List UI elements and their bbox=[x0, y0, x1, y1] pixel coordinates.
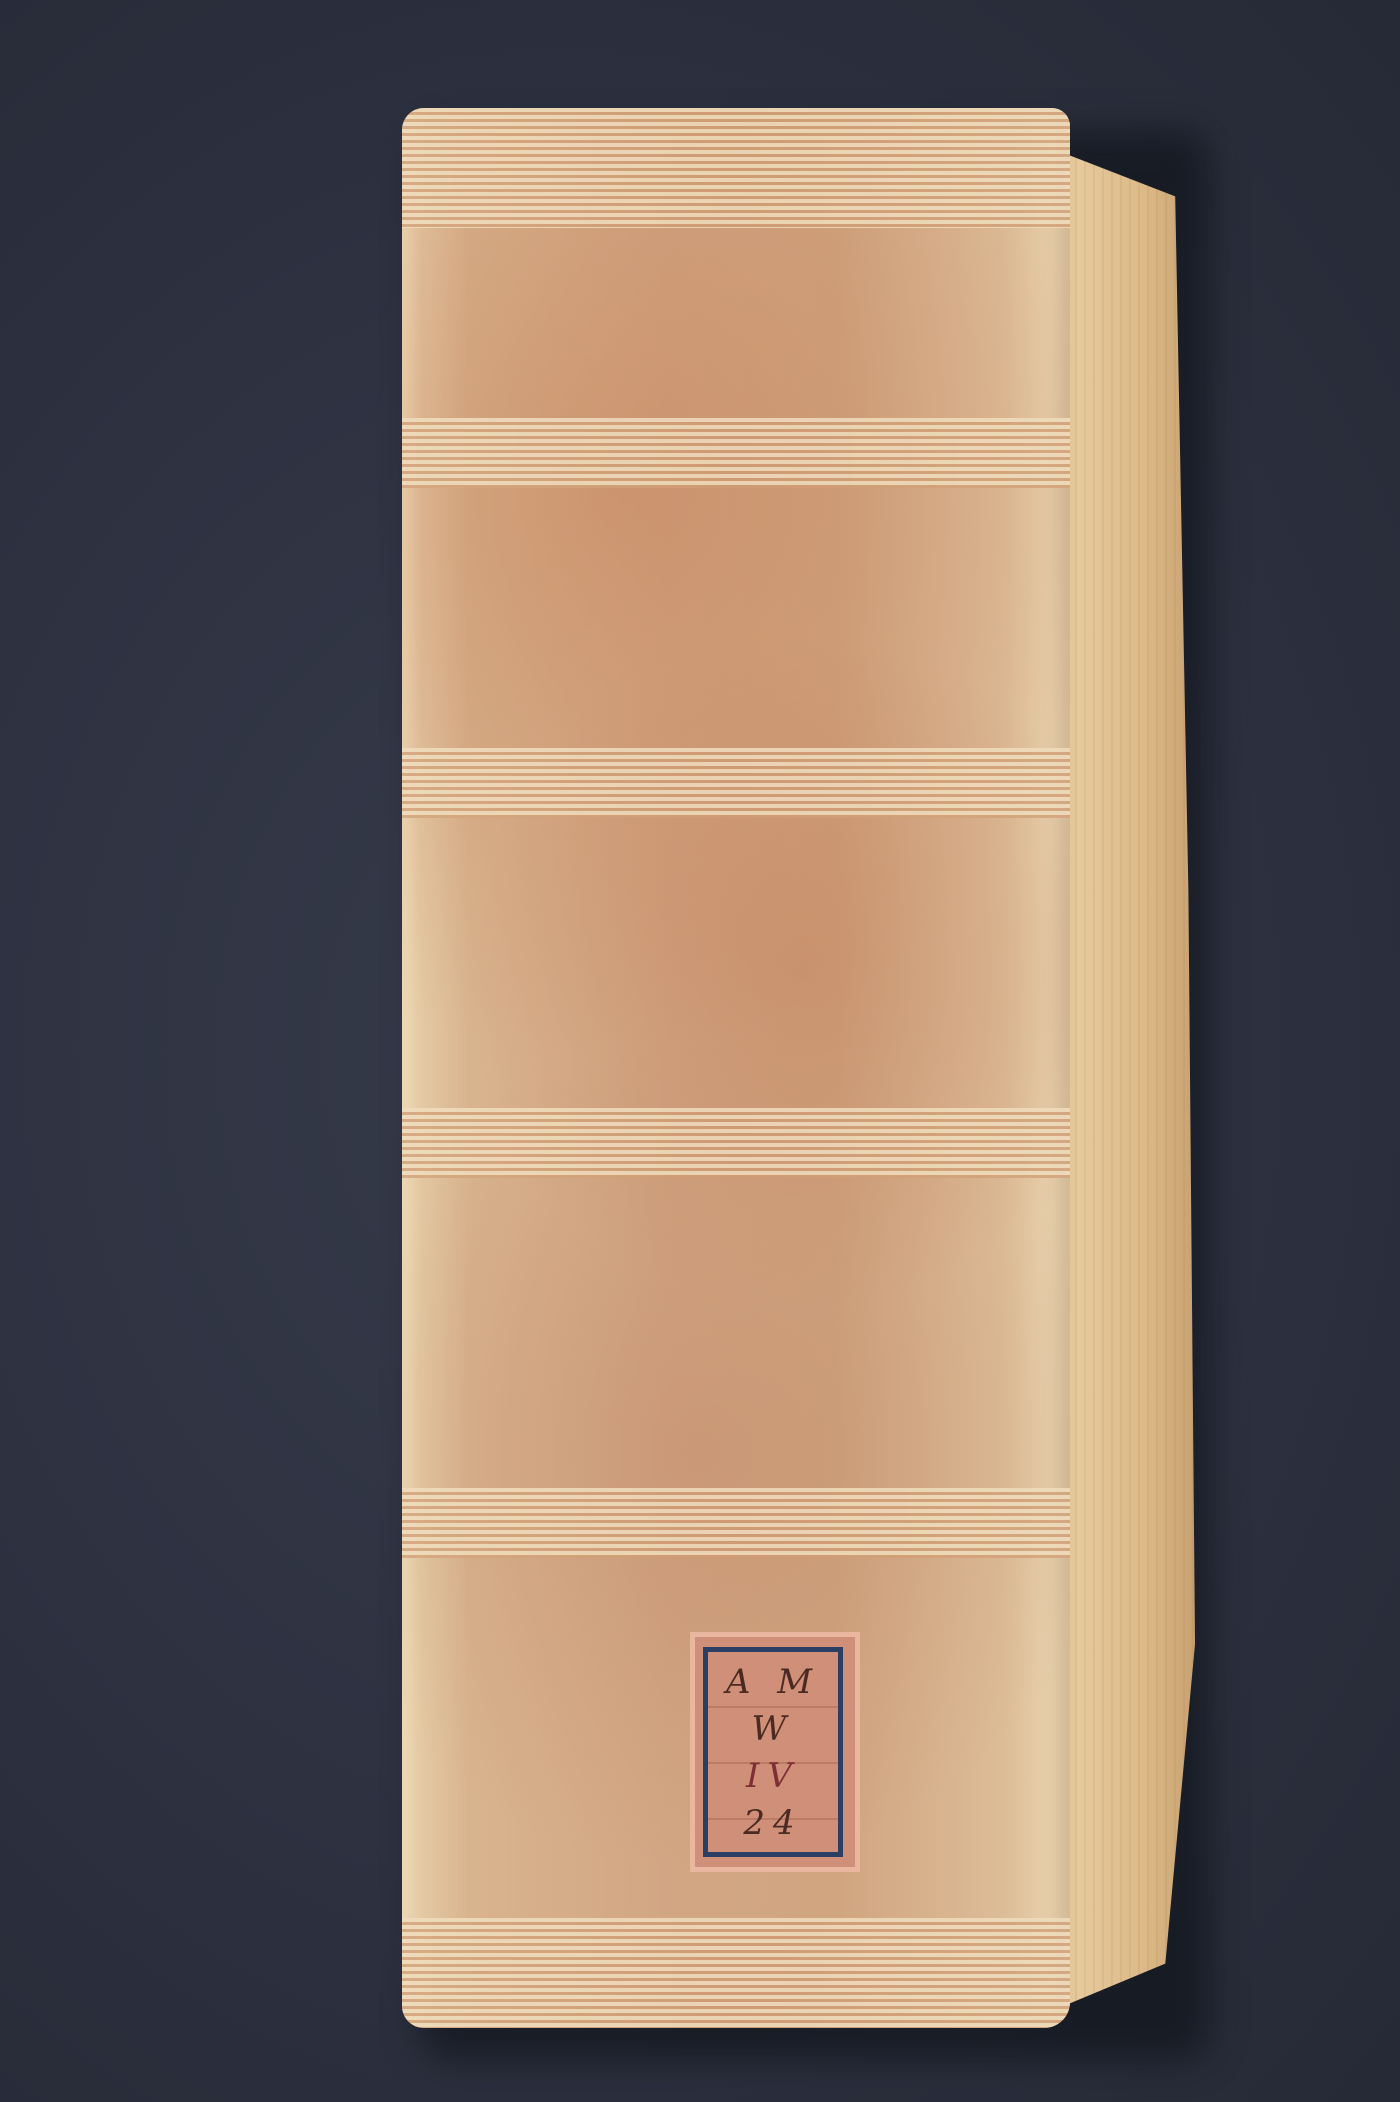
shelf-mark-line-3: IV bbox=[746, 1759, 800, 1793]
spine-raised-band bbox=[402, 1108, 1070, 1178]
shelf-mark-line-1: A M bbox=[726, 1665, 820, 1699]
spine-tailcap bbox=[402, 1918, 1070, 2028]
spine-raised-band bbox=[402, 418, 1070, 488]
shelf-mark-line-2: W bbox=[752, 1712, 795, 1746]
shelf-mark-frame: A M W IV 24 bbox=[703, 1647, 843, 1857]
spine-raised-band bbox=[402, 748, 1070, 818]
spine-headcap bbox=[402, 108, 1070, 228]
shelf-mark-line-4: 24 bbox=[743, 1806, 802, 1840]
shelf-mark-label: A M W IV 24 bbox=[690, 1632, 860, 1872]
spine-raised-band bbox=[402, 1488, 1070, 1558]
